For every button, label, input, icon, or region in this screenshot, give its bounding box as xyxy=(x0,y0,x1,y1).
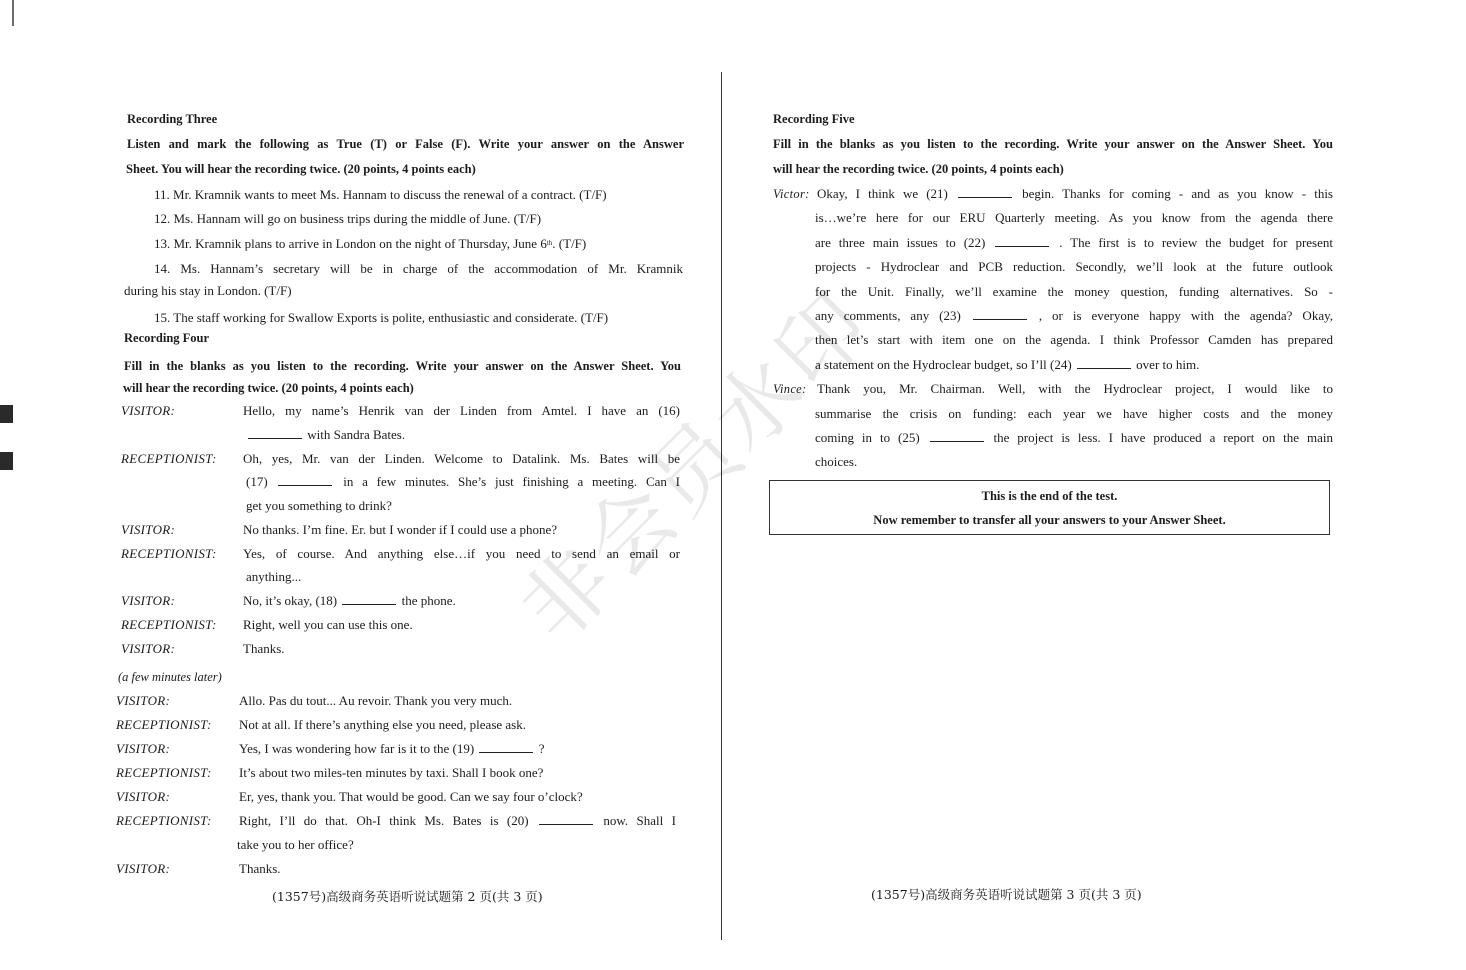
question-14-continued: during his stay in London. (T/F) xyxy=(124,283,292,299)
question-11: 11. Mr. Kramnik wants to meet Ms. Hannam… xyxy=(154,187,607,203)
answer-blank xyxy=(995,235,1049,247)
instruction-line: Sheet. You will hear the recording twice… xyxy=(126,161,476,177)
speaker-label: RECEPTIONIST: xyxy=(121,617,217,633)
dialogue-line: Right, well you can use this one. xyxy=(243,617,413,633)
question-12: 12. Ms. Hannam will go on business trips… xyxy=(154,211,541,227)
dialogue-line: Yes, I was wondering how far is it to th… xyxy=(239,741,544,757)
question-14: 14. Ms. Hannam’s secretary will be in ch… xyxy=(154,261,683,277)
answer-blank xyxy=(278,474,332,486)
end-of-test-box: This is the end of the test. Now remembe… xyxy=(769,480,1330,535)
dialogue-line: Hello, my name’s Henrik van der Linden f… xyxy=(243,403,680,419)
dialogue-line: summarise the crisis on funding: each ye… xyxy=(815,406,1333,422)
answer-blank xyxy=(248,427,302,439)
dialogue-line: It’s about two miles-ten minutes by taxi… xyxy=(239,765,543,781)
registration-mark xyxy=(0,452,13,470)
dialogue-line: with Sandra Bates. xyxy=(246,427,405,443)
dialogue-line: for the Unit. Finally, we’ll examine the… xyxy=(815,284,1333,300)
dialogue-line: anything... xyxy=(246,569,301,585)
dialogue-line: then let’s start with item one on the ag… xyxy=(815,332,1333,348)
speaker-label: RECEPTIONIST: xyxy=(116,813,212,829)
dialogue-line: a statement on the Hydroclear budget, so… xyxy=(815,357,1199,373)
speaker-label: RECEPTIONIST: xyxy=(121,451,217,467)
registration-mark xyxy=(0,405,13,423)
dialogue-line: is…we’re here for our ERU Quarterly meet… xyxy=(815,210,1333,226)
dialogue-line: Okay, I think we (21) begin. Thanks for … xyxy=(817,186,1333,202)
dialogue-line: (17) in a few minutes. She’s just finish… xyxy=(246,474,680,490)
dialogue-line: Oh, yes, Mr. van der Linden. Welcome to … xyxy=(243,451,680,467)
dialogue-line: No thanks. I’m fine. Er. but I wonder if… xyxy=(243,522,557,538)
answer-blank xyxy=(342,593,396,605)
instruction-line: will hear the recording twice. (20 point… xyxy=(773,161,1064,177)
speaker-label: VISITOR: xyxy=(116,789,170,805)
speaker-label: RECEPTIONIST: xyxy=(116,765,212,781)
question-15: 15. The staff working for Swallow Export… xyxy=(154,310,608,326)
page-divider xyxy=(721,72,722,940)
dialogue-line: are three main issues to (22) . The firs… xyxy=(815,235,1333,251)
answer-blank xyxy=(973,308,1027,320)
speaker-label: VISITOR: xyxy=(116,741,170,757)
dialogue-line: Thanks. xyxy=(243,641,285,657)
instruction-line: Listen and mark the following as True (T… xyxy=(127,136,684,152)
answer-blank xyxy=(930,430,984,442)
speaker-label: RECEPTIONIST: xyxy=(121,546,217,562)
instruction-line: will hear the recording twice. (20 point… xyxy=(123,380,414,396)
scan-edge-line xyxy=(12,0,14,26)
dialogue-line: No, it’s okay, (18) the phone. xyxy=(243,593,456,609)
speaker-label: VISITOR: xyxy=(116,693,170,709)
dialogue-line: Not at all. If there’s anything else you… xyxy=(239,717,526,733)
speaker-label: VISITOR: xyxy=(121,522,175,538)
dialogue-line: projects - Hydroclear and PCB reduction.… xyxy=(815,259,1333,275)
speaker-label: Victor: xyxy=(773,186,810,202)
question-13: 13. Mr. Kramnik plans to arrive in Londo… xyxy=(154,236,586,252)
speaker-label: VISITOR: xyxy=(121,593,175,609)
dialogue-line: get you something to drink? xyxy=(246,498,392,514)
speaker-label: VISITOR: xyxy=(121,641,175,657)
section-title-recording-three: Recording Three xyxy=(127,111,217,127)
dialogue-line: take you to her office? xyxy=(237,837,354,853)
stage-direction: (a few minutes later) xyxy=(118,669,222,685)
dialogue-line: coming in to (25) the project is less. I… xyxy=(815,430,1333,446)
dialogue-line: Yes, of course. And anything else…if you… xyxy=(243,546,680,562)
answer-blank xyxy=(1077,357,1131,369)
dialogue-line: Thank you, Mr. Chairman. Well, with the … xyxy=(817,381,1333,397)
answer-blank xyxy=(479,741,533,753)
section-title-recording-four: Recording Four xyxy=(124,330,209,346)
transfer-answers-text: Now remember to transfer all your answer… xyxy=(770,512,1329,528)
speaker-label: VISITOR: xyxy=(121,403,175,419)
instruction-line: Fill in the blanks as you listen to the … xyxy=(773,136,1333,152)
dialogue-line: Allo. Pas du tout... Au revoir. Thank yo… xyxy=(239,693,512,709)
dialogue-line: Er, yes, thank you. That would be good. … xyxy=(239,789,583,805)
page-footer-left: (1357号)高级商务英语听说试题第 2 页(共 3 页) xyxy=(272,889,543,905)
speaker-label: VISITOR: xyxy=(116,861,170,877)
speaker-label: Vince: xyxy=(773,381,807,397)
dialogue-line: Thanks. xyxy=(239,861,281,877)
answer-blank xyxy=(958,186,1012,198)
instruction-line: Fill in the blanks as you listen to the … xyxy=(124,358,681,374)
speaker-label: RECEPTIONIST: xyxy=(116,717,212,733)
dialogue-line: any comments, any (23) , or is everyone … xyxy=(815,308,1333,324)
section-title-recording-five: Recording Five xyxy=(773,111,855,127)
dialogue-line: Right, I’ll do that. Oh-I think Ms. Bate… xyxy=(239,813,676,829)
end-of-test-text: This is the end of the test. xyxy=(770,488,1329,504)
page-footer-right: (1357号)高级商务英语听说试题第 3 页(共 3 页) xyxy=(871,887,1142,903)
dialogue-line: choices. xyxy=(815,454,857,470)
answer-blank xyxy=(539,813,593,825)
